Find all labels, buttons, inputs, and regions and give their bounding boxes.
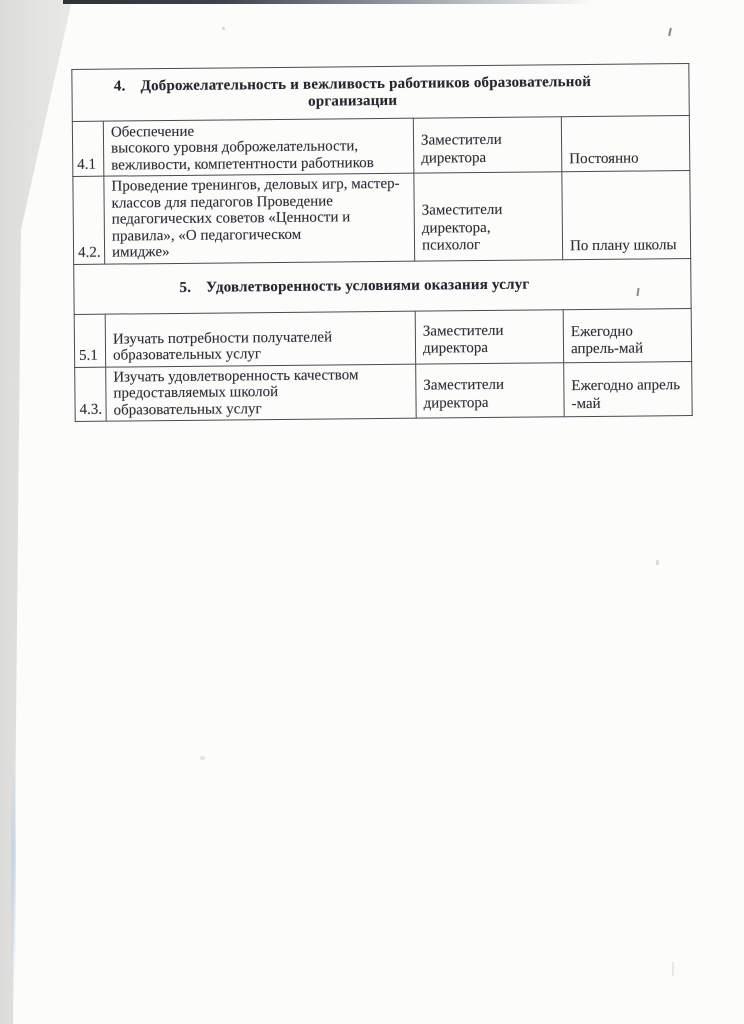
cell-responsible: Заместители директора bbox=[413, 117, 562, 173]
section-number: 5. bbox=[179, 279, 191, 295]
cell-period: Ежегодно апрель-май bbox=[563, 308, 692, 362]
document-sheet: 4.Доброжелательность и вежливость работн… bbox=[71, 63, 691, 422]
table-row-4-1: 4.1 Обеспечение высокого уровня доброжел… bbox=[72, 116, 690, 177]
scan-speck bbox=[668, 28, 672, 36]
cell-activity: Изучать удовлетворенность качеством пред… bbox=[106, 364, 417, 421]
cell-responsible: Заместители директора, психолог bbox=[414, 172, 563, 261]
section-5-title-cell: 5.Удовлетворенность условиями оказания у… bbox=[74, 258, 691, 314]
cell-period: Постоянно bbox=[561, 116, 690, 172]
table-row-5-1: 5.1 Изучать потребности получателей обра… bbox=[74, 308, 692, 367]
section-title: Удовлетворенность условиями оказания усл… bbox=[206, 276, 529, 295]
section-4-header-row: 4.Доброжелательность и вежливость работн… bbox=[72, 64, 690, 122]
scan-speck bbox=[672, 962, 674, 976]
cell-number: 5.1 bbox=[74, 314, 106, 367]
scan-speck bbox=[200, 756, 205, 760]
cell-activity: Проведение тренингов, деловых игр, масте… bbox=[104, 173, 415, 263]
cell-number: 4.3. bbox=[75, 367, 107, 422]
section-number: 4. bbox=[114, 78, 126, 94]
scan-speck bbox=[656, 560, 659, 565]
cell-responsible: Заместители директора bbox=[415, 309, 564, 363]
scan-streak bbox=[11, 768, 16, 983]
scanned-document-page: { "document": { "sections": [ { "number"… bbox=[0, 0, 744, 1024]
section-title: Доброжелательность и вежливость работник… bbox=[140, 73, 591, 109]
scan-speck bbox=[222, 27, 225, 30]
section-4-title-cell: 4.Доброжелательность и вежливость работн… bbox=[72, 64, 690, 122]
cell-number: 4.1 bbox=[72, 121, 104, 176]
cell-period: Ежегодно апрель -май bbox=[564, 361, 693, 417]
cell-responsible: Заместители директора bbox=[416, 362, 565, 418]
page-edge-shadow bbox=[63, 0, 591, 4]
section-5-header-row: 5.Удовлетворенность условиями оказания у… bbox=[74, 258, 691, 314]
cell-activity: Обеспечение высокого уровня доброжелател… bbox=[103, 118, 414, 176]
cell-activity: Изучать потребности получателей образова… bbox=[105, 311, 415, 367]
plan-table: 4.Доброжелательность и вежливость работн… bbox=[71, 63, 692, 422]
table-row-4-2: 4.2. Проведение тренингов, деловых игр, … bbox=[73, 171, 691, 264]
cell-period: По плану школы bbox=[562, 171, 691, 260]
table-row-4-3: 4.3. Изучать удовлетворенность качеством… bbox=[75, 361, 693, 421]
cell-number: 4.2. bbox=[73, 176, 105, 264]
